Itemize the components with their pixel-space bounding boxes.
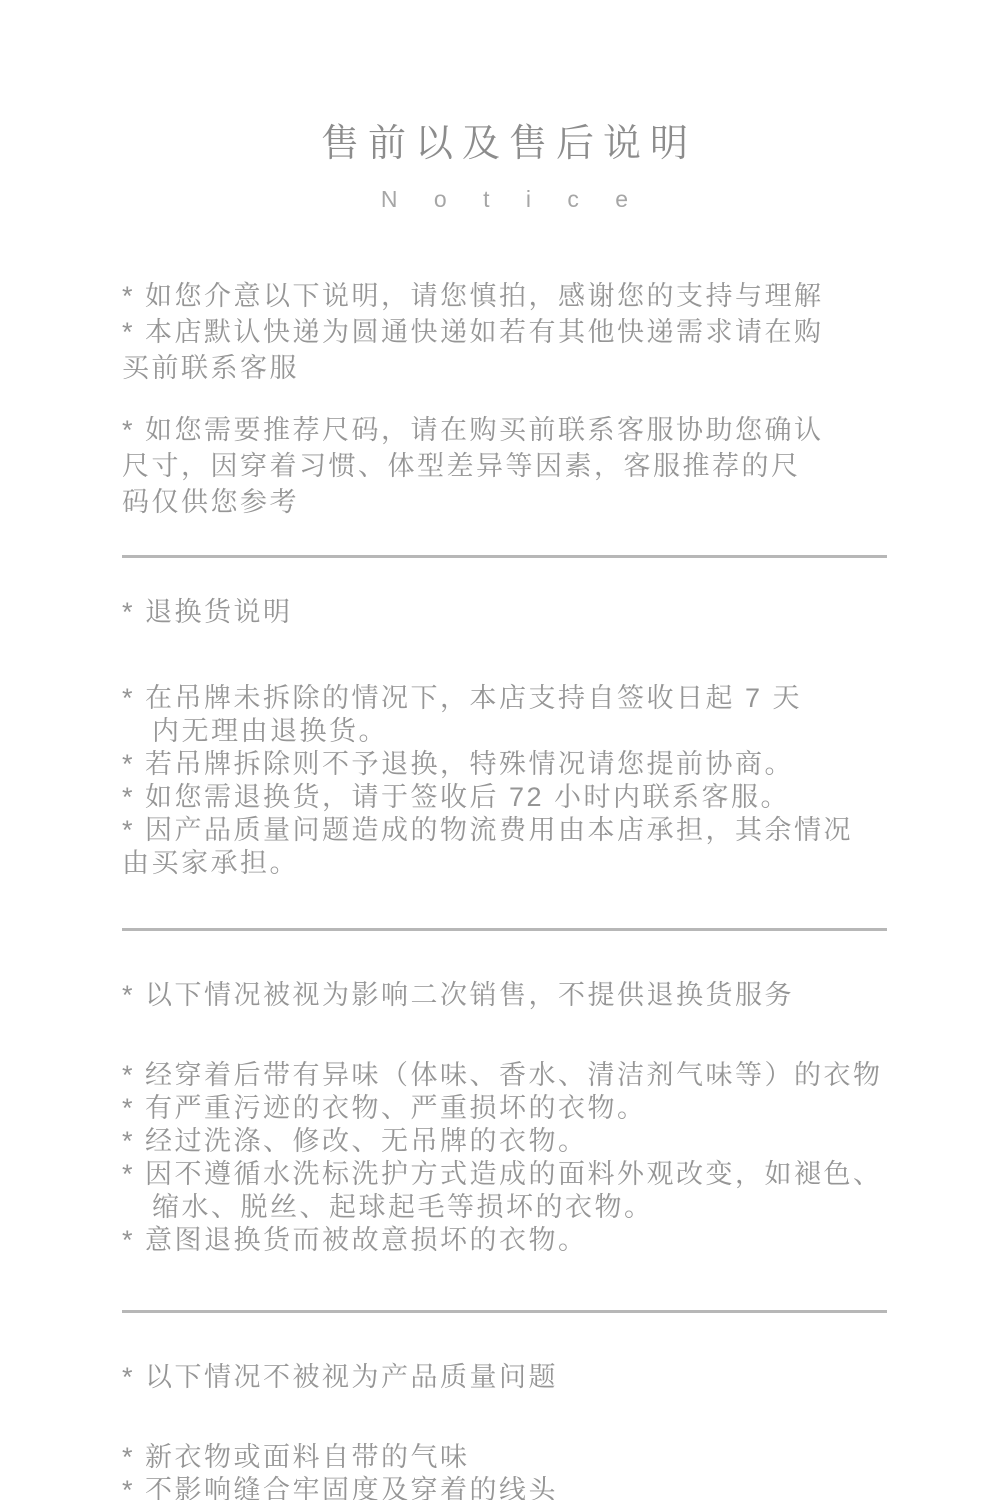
text-line: 尺寸，因穿着习惯、体型差异等因素，客服推荐的尺 <box>122 448 887 484</box>
text-line: 缩水、脱丝、起球起毛等损坏的衣物。 <box>122 1191 887 1224</box>
section-divider <box>122 555 887 558</box>
text-line: * 如您介意以下说明，请您慎拍，感谢您的支持与理解 <box>122 278 887 314</box>
text-line: * 经穿着后带有异味（体味、香水、清洁剂气味等）的衣物 <box>122 1059 887 1092</box>
text-line: * 如您需退换货，请于签收后 72 小时内联系客服。 <box>122 781 887 814</box>
text-line: * 因不遵循水洗标洗护方式造成的面料外观改变，如褪色、 <box>122 1158 887 1191</box>
text-line: * 新衣物或面料自带的气味 <box>122 1441 887 1474</box>
text-line: * 在吊牌未拆除的情况下，本店支持自签收日起 7 天 <box>122 682 887 715</box>
text-line: 买前联系客服 <box>122 350 887 386</box>
text-line: * 如您需要推荐尺码，请在购买前联系客服协助您确认 <box>122 412 887 448</box>
resale-paragraph: * 经穿着后带有异味（体味、香水、清洁剂气味等）的衣物 * 有严重污迹的衣物、严… <box>122 1059 887 1257</box>
quality-section-heading: * 以下情况不被视为产品质量问题 <box>122 1359 887 1395</box>
page-subtitle: N o t i c e <box>122 186 887 212</box>
returns-paragraph: * 在吊牌未拆除的情况下，本店支持自签收日起 7 天 内无理由退换货。 * 若吊… <box>122 682 887 880</box>
text-line: * 本店默认快递为圆通快递如若有其他快递需求请在购 <box>122 314 887 350</box>
text-line: * 意图退换货而被故意损坏的衣物。 <box>122 1224 887 1257</box>
intro-paragraph-2: * 如您需要推荐尺码，请在购买前联系客服协助您确认 尺寸，因穿着习惯、体型差异等… <box>122 412 887 520</box>
text-line: * 因产品质量问题造成的物流费用由本店承担，其余情况 <box>122 814 887 847</box>
section-divider <box>122 1310 887 1313</box>
text-line: * 不影响缝合牢固度及穿着的线头 <box>122 1474 887 1500</box>
text-line: 内无理由退换货。 <box>122 715 887 748</box>
section-divider <box>122 928 887 931</box>
text-line: * 若吊牌拆除则不予退换，特殊情况请您提前协商。 <box>122 748 887 781</box>
intro-paragraph-1: * 如您介意以下说明，请您慎拍，感谢您的支持与理解 * 本店默认快递为圆通快递如… <box>122 278 887 386</box>
text-line: * 经过洗涤、修改、无吊牌的衣物。 <box>122 1125 887 1158</box>
text-line: 码仅供您参考 <box>122 484 887 520</box>
text-line: * 有严重污迹的衣物、严重损坏的衣物。 <box>122 1092 887 1125</box>
page-title: 售前以及售后说明 <box>122 0 887 166</box>
resale-section-heading: * 以下情况被视为影响二次销售，不提供退换货服务 <box>122 977 887 1013</box>
text-line: 由买家承担。 <box>122 847 887 880</box>
quality-paragraph: * 新衣物或面料自带的气味 * 不影响缝合牢固度及穿着的线头 <box>122 1441 887 1500</box>
returns-section-heading: * 退换货说明 <box>122 594 887 630</box>
notice-page: 售前以及售后说明 N o t i c e * 如您介意以下说明，请您慎拍，感谢您… <box>0 0 1000 1500</box>
